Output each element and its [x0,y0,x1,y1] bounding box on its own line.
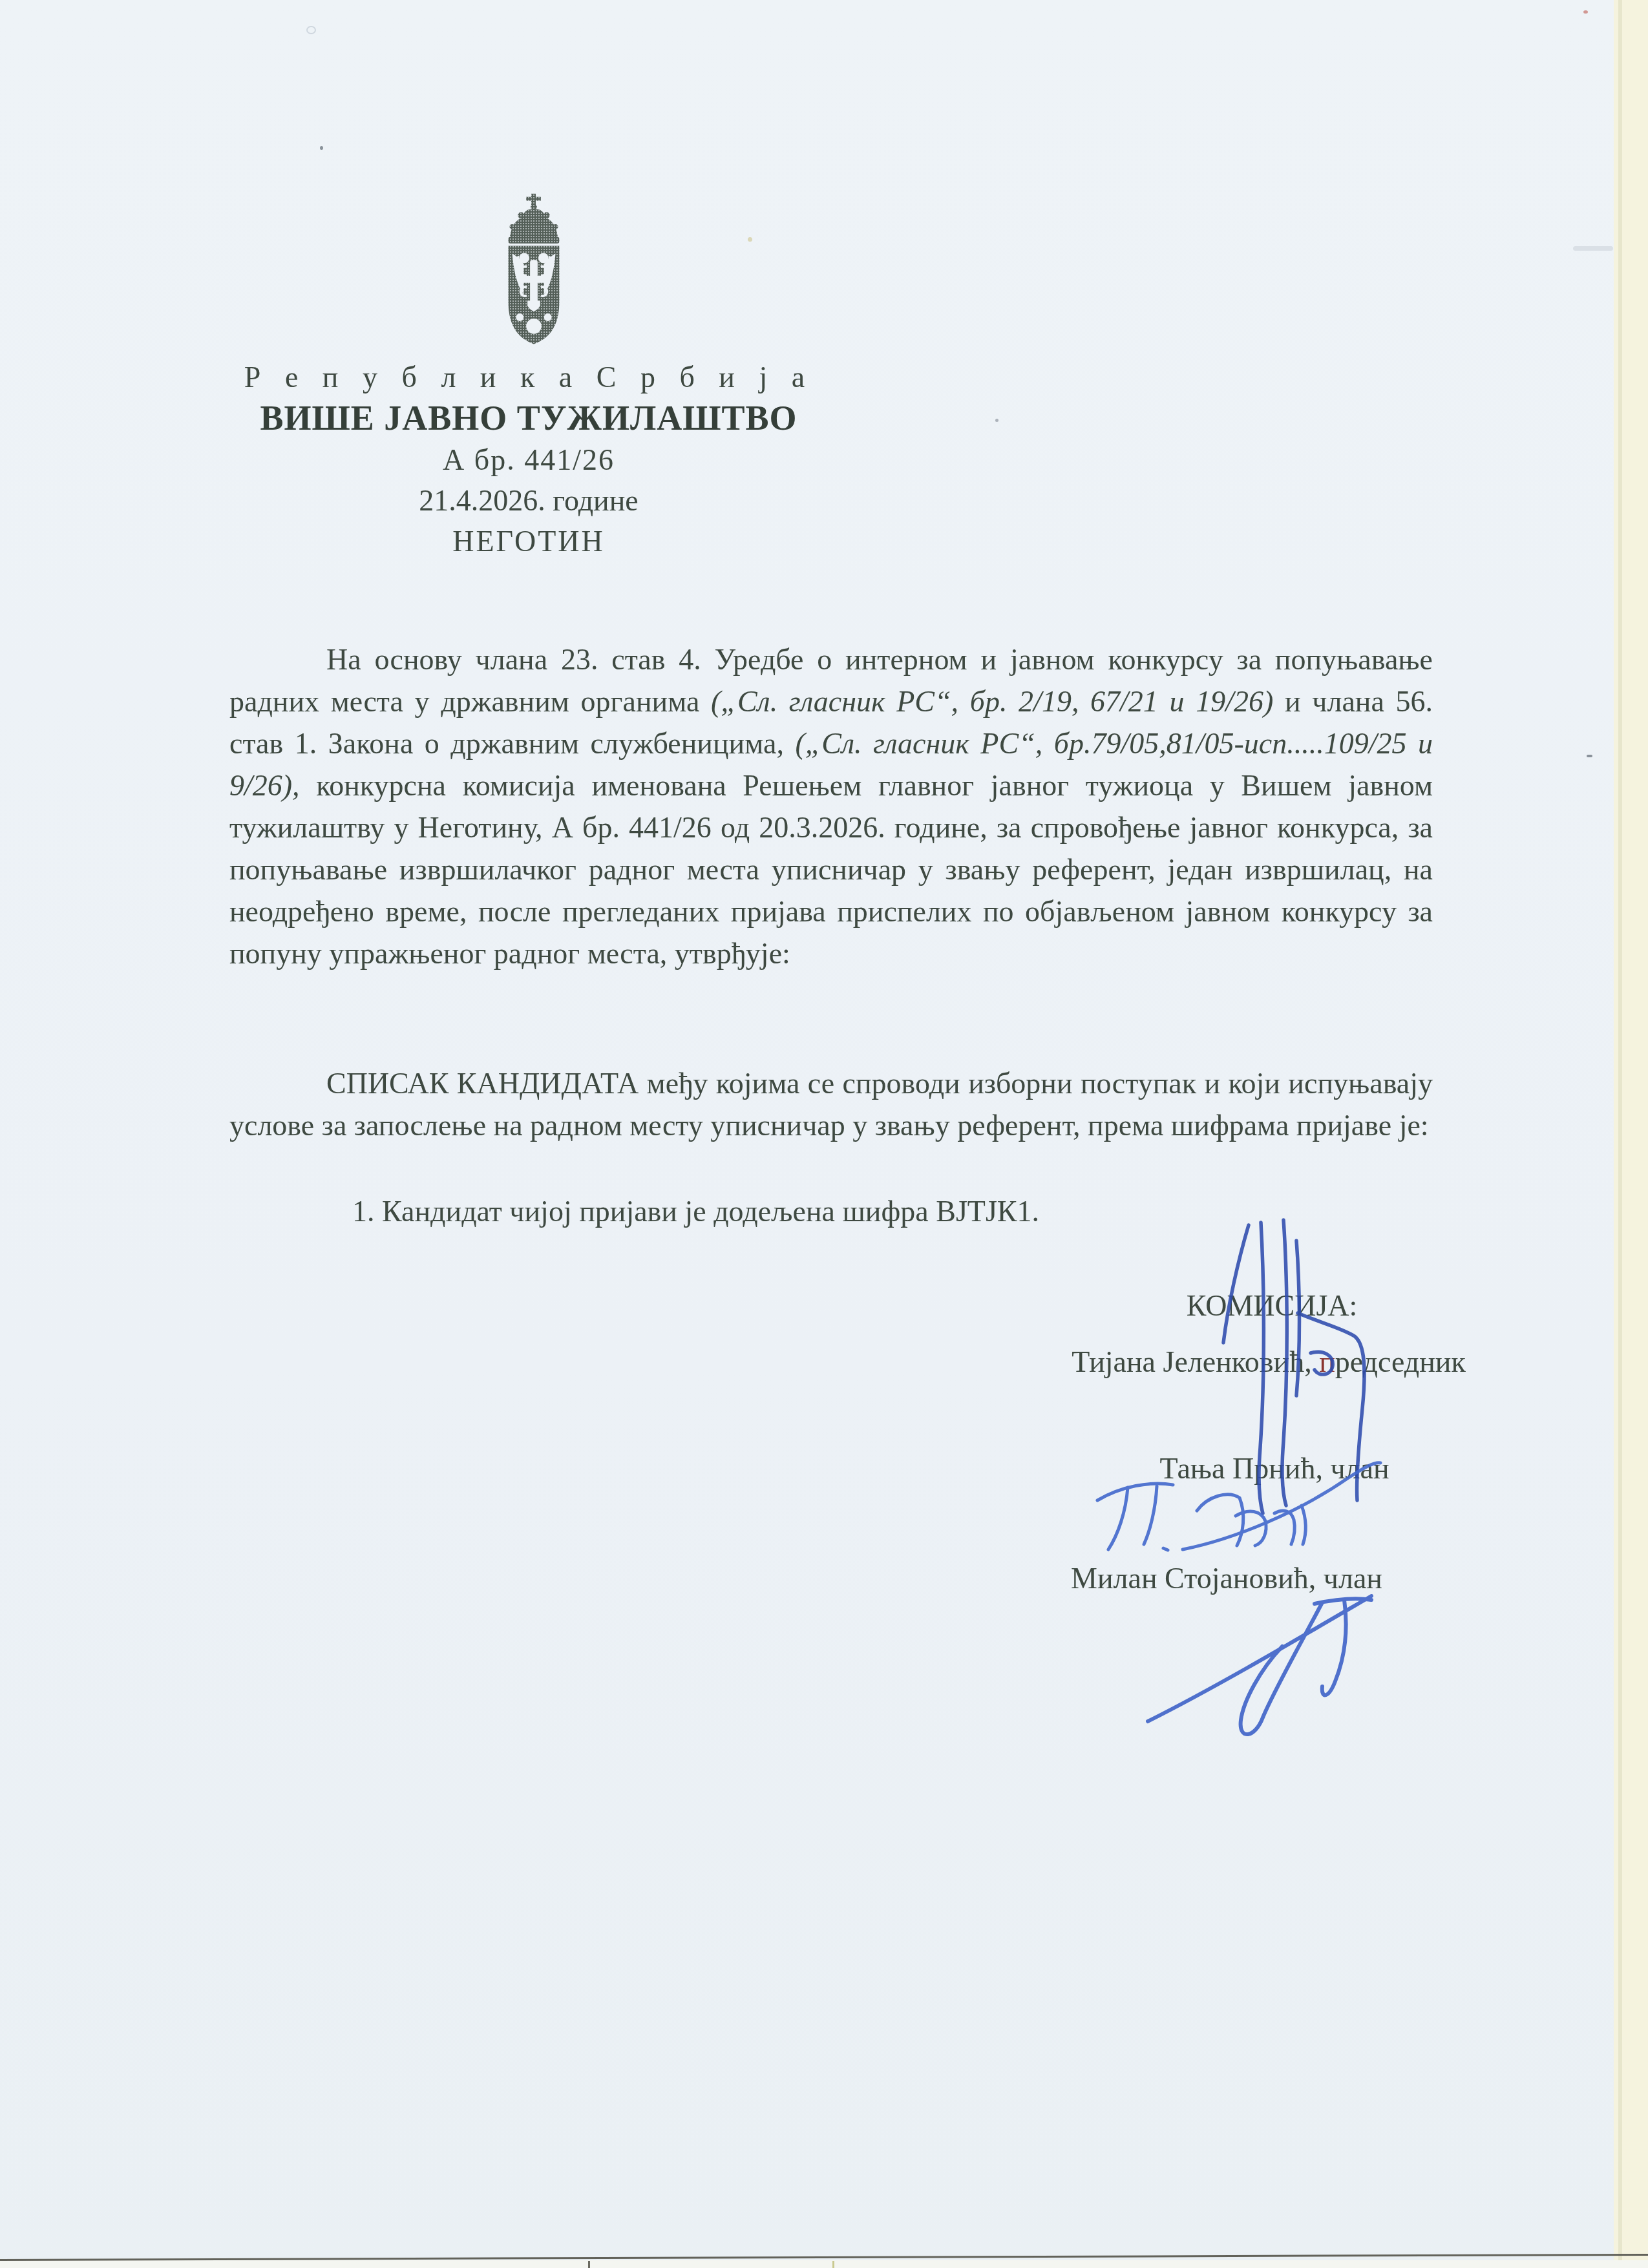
header-country: Р е п у б л и к а С р б и ј а [206,357,852,397]
scan-speck [995,419,998,422]
scanned-document-page: Р е п у б л и к а С р б и ј а ВИШЕ ЈАВНО… [0,0,1648,2268]
scan-speck [1587,755,1592,757]
commission-member-president: Тијана Јеленковић, председник [1072,1344,1466,1380]
president-name-part: Тијана Јеленковић, [1072,1345,1319,1378]
paragraph-legal-basis: На основу члана 23. став 4. Уредбе о инт… [229,638,1433,974]
commission-member-stojanovic: Милан Стојановић, члан [1071,1560,1382,1597]
scan-bottom-tick-1 [588,2261,590,2268]
commission-member-prnic: Тања Прнић, члан [1159,1451,1389,1487]
legal-basis-tail: конкурсна комисија именована Решењем гла… [229,769,1433,970]
serbia-coat-of-arms-icon [489,191,578,354]
scan-speck [1583,10,1588,14]
scan-edge-right-shadow [1618,0,1622,2268]
gazette-citation-1: („Сл. гласник РС“, бр. 2/19, 67/21 и 19/… [711,685,1273,718]
header-case-number: А бр. 441/26 [206,439,852,480]
scan-speck [320,146,323,150]
commission-title: КОМИСИЈА: [1187,1288,1358,1324]
stojanovic-signature-ink [1148,1596,1371,1734]
president-role-part: редседник [1335,1345,1466,1378]
document-header: Р е п у б л и к а С р б и ј а ВИШЕ ЈАВНО… [206,357,852,562]
scan-speck [306,26,316,34]
scan-speck [748,237,752,242]
candidate-list-item: 1. Кандидат чијој пријави је додељена ши… [352,1192,1039,1231]
president-red-letter: п [1319,1345,1335,1378]
header-office-title: ВИШЕ ЈАВНО ТУЖИЛАШТВО [206,397,852,439]
scan-bottom-strip [0,2260,1648,2268]
paragraph-candidate-list-intro: СПИСАК КАНДИДАТА међу којима се спроводи… [229,1062,1433,1146]
header-date: 21.4.2026. године [206,480,852,521]
header-city: НЕГОТИН [206,521,852,562]
scan-bottom-tick-2 [832,2261,834,2268]
scan-speck [1573,246,1613,251]
